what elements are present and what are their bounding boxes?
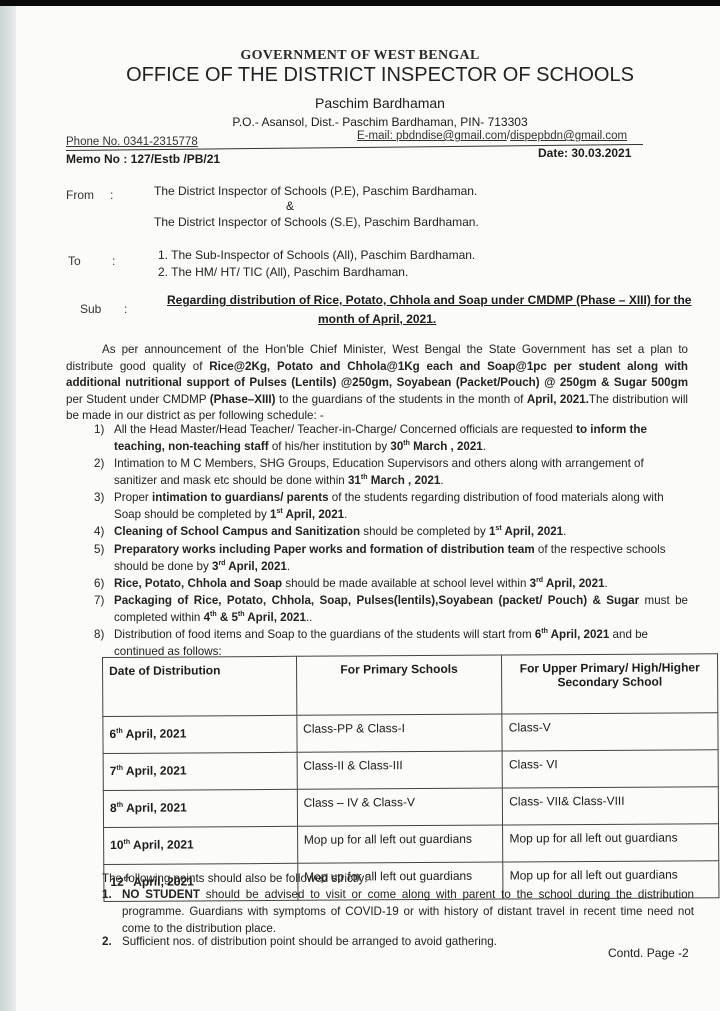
item-date-rest: April, 2021 (225, 560, 286, 573)
item-text: . (483, 440, 486, 453)
item-number: 4) (94, 523, 104, 540)
to-label: To (68, 254, 81, 268)
item-date-suffix: th (403, 440, 410, 447)
point-number: 1. (102, 886, 112, 903)
item-date-suffix: th (210, 611, 217, 618)
item-date-rest: April, 2021 (502, 525, 563, 538)
schedule-item-3: 3) Proper intimation to guardians/ paren… (94, 489, 688, 523)
date-rest: April, 2021 (123, 726, 187, 740)
cell-primary: Class – IV & Class-V (297, 788, 503, 826)
cell-upper: Class- VII& Class-VIII (503, 787, 719, 825)
phone-text: Phone No. 0341-2315778 (66, 136, 198, 148)
item-bold: intimation to guardians/ parents (152, 491, 329, 504)
point-bold: NO STUDENT (122, 888, 200, 901)
intro-paragraph: As per announcement of the Hon'ble Chief… (66, 342, 688, 425)
schedule-item-4: 4) Cleaning of School Campus and Sanitiz… (94, 523, 688, 540)
item-number: 6) (94, 575, 104, 592)
followup-point-1: 1. NO STUDENT should be advised to visit… (102, 886, 694, 937)
to-line-1: 1. The Sub-Inspector of Schools (All), P… (158, 248, 475, 262)
to-colon: : (112, 254, 115, 268)
followups-heading: The following points should also be foll… (102, 872, 368, 885)
subject-colon: : (124, 302, 127, 316)
followup-point-2: 2. Sufficient nos. of distribution point… (102, 933, 694, 950)
table-row: 10th April, 2021Mop up for all left out … (104, 824, 719, 865)
item-number: 1) (94, 421, 104, 438)
from-line-1: The District Inspector of Schools (P.E),… (154, 184, 477, 198)
point-text: Sufficient nos. of distribution point sh… (122, 935, 497, 948)
item-text: .. (306, 611, 312, 624)
item-number: 5) (94, 541, 104, 558)
schedule-item-7: 7) Packaging of Rice, Potato, Chhola, So… (94, 592, 688, 626)
cell-date: 6th April, 2021 (103, 715, 297, 753)
distribution-schedule-table: Date of Distribution For Primary Schools… (102, 653, 719, 902)
cell-upper: Class-V (502, 713, 718, 751)
item-number: 7) (94, 592, 104, 609)
item-date-day: 31 (348, 474, 361, 487)
header-upper: For Upper Primary/ High/Higher Secondary… (502, 654, 718, 714)
item-date-suffix: th (541, 628, 548, 635)
schedule-item-1: 1) All the Head Master/Head Teacher/ Tea… (94, 421, 688, 455)
item-text: . (440, 474, 443, 487)
item-date-rest: April, 2021 (245, 611, 306, 624)
table-row: 6th April, 2021Class-PP & Class-IClass-V (103, 713, 718, 754)
to-line-2: 2. The HM/ HT/ TIC (All), Paschim Bardha… (158, 265, 408, 279)
item-date-rest: April, 2021 (543, 577, 604, 590)
item-date-rest: March , 2021 (367, 474, 440, 487)
item-bold: Cleaning of School Campus and Sanitizati… (114, 525, 360, 538)
schedule-item-2: 2) Intimation to M C Members, SHG Groups… (94, 455, 688, 489)
from-label: From (66, 188, 94, 202)
from-colon: : (110, 188, 113, 202)
phone-number: Phone No. 0341-2315778 (66, 136, 198, 148)
cell-upper: Mop up for all left out guardians (503, 824, 719, 862)
date-day: 10 (110, 838, 123, 852)
item-text: All the Head Master/Head Teacher/ Teache… (114, 423, 576, 436)
intro-text-3: to the guardians of the students in the … (276, 393, 527, 406)
cell-primary: Mop up for all left out guardians (297, 825, 503, 863)
item-date-rest: April, 2021 (283, 508, 344, 521)
intro-phase: (Phase–XIII) (210, 393, 276, 406)
intro-month: April, 2021. (527, 393, 589, 406)
table-row: 8th April, 2021Class – IV & Class-VClass… (103, 787, 718, 828)
item-bold: Rice, Potato, Chhola and Soap (114, 577, 282, 590)
table-row: 7th April, 2021Class-II & Class-IIIClass… (103, 750, 718, 791)
date-rest: April, 2021 (130, 837, 194, 851)
item-text: . (344, 508, 347, 521)
header-primary: For Primary Schools (296, 655, 502, 715)
scan-left-edge (0, 6, 16, 1011)
email-link-1[interactable]: pbdndise@gmail.com (396, 130, 507, 142)
item-date-suffix: th (238, 611, 245, 618)
item-bold: Preparatory works including Paper works … (114, 543, 535, 556)
item-number: 8) (94, 626, 104, 643)
item-text: Proper (114, 491, 152, 504)
cell-primary: Class-PP & Class-I (297, 714, 503, 752)
email-line: E-mail: pbdndise@gmail.com/dispepbdn@gma… (357, 130, 627, 142)
item-bold: Packaging of Rice, Potato, Chhola, Soap,… (114, 594, 639, 607)
item-date-rest: April, 2021 (548, 628, 609, 641)
item-text: . (605, 577, 608, 590)
point-number: 2. (102, 933, 112, 950)
item-text: Distribution of food items and Soap to t… (114, 628, 535, 641)
item-text: should be made available at school level… (282, 577, 529, 590)
item-number: 3) (94, 489, 104, 506)
item-text: of his/her institution by (269, 440, 391, 453)
cell-date: 8th April, 2021 (103, 789, 297, 827)
subject-line-1: Regarding distribution of Rice, Potato, … (167, 293, 691, 307)
cell-upper: Class- VI (502, 750, 718, 788)
district-name: Paschim Bardhaman (0, 95, 720, 111)
from-ampersand: & (286, 199, 294, 213)
item-date-mid: & 5 (217, 611, 238, 624)
cell-primary: Class-II & Class-III (297, 751, 503, 789)
header-date: Date of Distribution (103, 656, 297, 716)
intro-text-2: per Student under CMDMP (66, 393, 210, 406)
item-text: should be completed by (360, 525, 489, 538)
office-address: P.O.- Asansol, Dist.- Paschim Bardhaman,… (0, 115, 720, 129)
item-date-day: 30 (390, 440, 403, 453)
point-text: should be advised to visit or come along… (122, 888, 694, 935)
item-text: . (563, 525, 566, 538)
cell-date: 10th April, 2021 (104, 826, 298, 864)
cell-date: 7th April, 2021 (103, 752, 297, 790)
subject-line-2: month of April, 2021. (318, 312, 436, 326)
schedule-item-6: 6) Rice, Potato, Chhola and Soap should … (94, 575, 688, 592)
government-heading: GOVERNMENT OF WEST BENGAL (0, 48, 720, 64)
date-rest: April, 2021 (123, 763, 187, 777)
item-text: . (287, 560, 290, 573)
email-label: E-mail: (357, 130, 396, 142)
date-rest: April, 2021 (123, 800, 187, 814)
memo-number: Memo No : 127/Estb /PB/21 (66, 152, 220, 166)
table-header-row: Date of Distribution For Primary Schools… (103, 654, 718, 717)
subject-label: Sub (80, 302, 101, 316)
memo-date: Date: 30.03.2021 (538, 146, 631, 160)
office-title: OFFICE OF THE DISTRICT INSPECTOR OF SCHO… (0, 64, 720, 87)
item-date-rest: March , 2021 (410, 440, 483, 453)
continued-page-note: Contd. Page -2 (608, 946, 689, 960)
item-number: 2) (94, 455, 104, 472)
email-link-2[interactable]: dispepbdn@gmail.com (510, 130, 627, 142)
from-line-2: The District Inspector of Schools (S.E),… (154, 215, 479, 229)
schedule-item-5: 5) Preparatory works including Paper wor… (94, 541, 688, 575)
